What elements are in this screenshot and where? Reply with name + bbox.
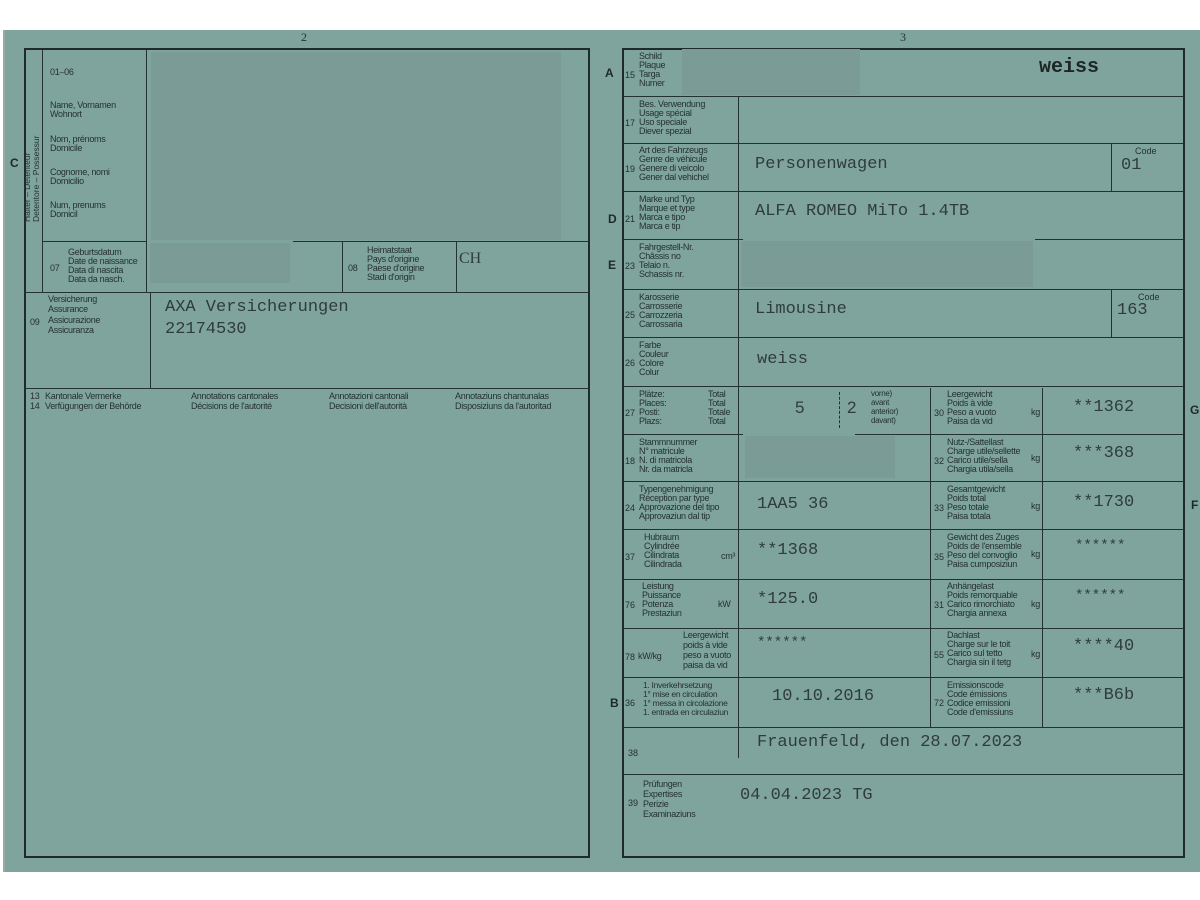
field-label: Gener dal vehichel xyxy=(639,173,709,183)
field-label: Schassis nr. xyxy=(639,270,684,280)
divider xyxy=(623,96,1184,97)
divider xyxy=(146,241,147,293)
field-label: Wohnort xyxy=(50,110,82,120)
field-number: 01–06 xyxy=(50,68,74,78)
divider xyxy=(623,579,1184,580)
side-marker-a: A xyxy=(605,66,614,80)
vehicle-type-code: 01 xyxy=(1121,156,1141,175)
side-marker-e: E xyxy=(608,258,616,272)
body-type-code: 163 xyxy=(1117,301,1148,320)
side-marker-b: B xyxy=(610,696,619,710)
divider xyxy=(855,434,1184,435)
field-number: 37 xyxy=(625,552,635,562)
side-marker-d: D xyxy=(608,212,617,226)
redacted-plate-number xyxy=(682,49,860,95)
make-model-value: ALFA ROMEO MiTo 1.4TB xyxy=(755,202,969,221)
divider xyxy=(25,292,589,293)
page-number-right: 3 xyxy=(900,30,906,45)
field-label: Decisioni dell'autorità xyxy=(329,402,407,412)
field-label: Code d'emissiuns xyxy=(947,708,1013,718)
code-label: Code xyxy=(1135,146,1157,156)
unit-label: kg xyxy=(1031,550,1040,560)
emission-code-value: ***B6b xyxy=(1073,686,1134,705)
field-number: 38 xyxy=(628,748,638,758)
field-label: Verfügungen der Behörde xyxy=(45,402,141,412)
origin-country-value: CH xyxy=(459,250,481,268)
field-label: Domicilio xyxy=(50,177,84,187)
divider xyxy=(1111,143,1112,191)
field-number: 08 xyxy=(348,264,357,274)
unit-label: kg xyxy=(1031,502,1040,512)
unit-label: kW xyxy=(718,600,730,610)
field-number: 26 xyxy=(625,358,635,368)
total-weight-value: **1730 xyxy=(1073,493,1134,512)
holder-vertical-label: Detentore – Possessur xyxy=(32,136,41,222)
field-label: Nr. da matricla xyxy=(639,465,693,475)
divider xyxy=(623,677,1184,678)
field-label: Chargia utila/sella xyxy=(947,465,1013,475)
field-label: Numer xyxy=(639,79,665,89)
power-weight-ratio-value: ****** xyxy=(757,635,807,651)
field-label: Stadi d'origin xyxy=(367,273,415,283)
field-number: 72 xyxy=(934,698,944,708)
field-number: 15 xyxy=(625,70,635,80)
insurance-name-value: AXA Versicherungen xyxy=(165,298,349,317)
color-value: weiss xyxy=(757,350,808,369)
field-number: 32 xyxy=(934,456,944,466)
divider xyxy=(623,191,1184,192)
divider xyxy=(738,96,739,758)
divider xyxy=(623,337,1184,338)
body-type-value: Limousine xyxy=(755,300,847,319)
field-number: 25 xyxy=(625,310,635,320)
field-label: Décisions de l'autorité xyxy=(191,402,272,412)
empty-weight-value: **1362 xyxy=(1073,398,1134,417)
field-number: 07 xyxy=(50,264,59,274)
divider xyxy=(25,388,589,389)
field-number: 18 xyxy=(625,456,635,466)
field-label: Prestaziun xyxy=(642,609,682,619)
field-label: Examinaziuns xyxy=(643,810,695,820)
divider xyxy=(42,49,43,293)
redacted-birthdate xyxy=(150,243,290,283)
divider xyxy=(342,241,343,293)
field-number: 24 xyxy=(625,503,635,513)
divider xyxy=(623,481,1184,482)
field-label: Paisa totala xyxy=(947,512,990,522)
document-scan: 2 C Halter – Détenteur Detentore – Posse… xyxy=(3,30,1200,872)
payload-value: ***368 xyxy=(1073,444,1134,463)
unit-label: kg xyxy=(1031,454,1040,464)
field-label: Colur xyxy=(639,368,659,378)
field-label: Cilindrada xyxy=(644,560,682,570)
field-number: 21 xyxy=(625,214,635,224)
divider xyxy=(42,241,146,242)
field-label: Chargia annexa xyxy=(947,609,1006,619)
redacted-chassis-number xyxy=(741,241,1033,287)
field-label: Domicile xyxy=(50,144,82,154)
field-label: Paisa cumposiziun xyxy=(947,560,1017,570)
field-label: Paisa da vid xyxy=(947,417,992,427)
field-number: 30 xyxy=(934,408,944,418)
displacement-value: **1368 xyxy=(757,541,818,560)
divider xyxy=(623,386,1184,387)
field-number: 27 xyxy=(625,408,635,418)
first-registration-value: 10.10.2016 xyxy=(772,687,874,706)
field-label: Diever spezial xyxy=(639,127,691,137)
field-label: Disposiziuns da l'autoritad xyxy=(455,402,551,412)
field-label: Total xyxy=(708,417,726,427)
field-number: 31 xyxy=(934,600,944,610)
seats-total-value: 5 xyxy=(795,398,804,418)
type-approval-value: 1AA5 36 xyxy=(757,495,828,514)
field-number: 17 xyxy=(625,118,635,128)
field-number: 19 xyxy=(625,164,635,174)
divider xyxy=(150,292,151,388)
redacted-holder-name xyxy=(151,52,561,240)
field-label: Domicil xyxy=(50,210,77,220)
field-number: 35 xyxy=(934,552,944,562)
divider xyxy=(1035,239,1184,240)
inspection-value: 04.04.2023 TG xyxy=(740,786,873,805)
unit-label: cm³ xyxy=(721,552,735,562)
side-marker-c: C xyxy=(10,156,19,170)
divider xyxy=(839,392,840,428)
issue-place-date-value: Frauenfeld, den 28.07.2023 xyxy=(757,733,1022,752)
field-label: Assurance xyxy=(48,305,88,315)
insurance-number-value: 22174530 xyxy=(165,320,247,339)
plate-color-value: weiss xyxy=(1039,56,1099,79)
divider xyxy=(623,727,1184,728)
side-marker-f: F xyxy=(1191,498,1198,512)
unit-label: kg xyxy=(1031,650,1040,660)
divider xyxy=(623,143,1184,144)
page-number-left: 2 xyxy=(301,30,307,45)
train-weight-value: ****** xyxy=(1075,538,1125,554)
field-number: 33 xyxy=(934,503,944,513)
divider xyxy=(1111,289,1112,337)
field-number: 55 xyxy=(934,650,944,660)
divider xyxy=(146,49,147,241)
divider xyxy=(623,628,1184,629)
divider xyxy=(623,774,1184,775)
towing-load-value: ****** xyxy=(1075,588,1125,604)
divider xyxy=(623,434,743,435)
power-value: *125.0 xyxy=(757,590,818,609)
unit-label: kg xyxy=(1031,600,1040,610)
field-label: Carrossaria xyxy=(639,320,682,330)
divider xyxy=(623,289,1184,290)
divider xyxy=(293,241,589,242)
field-label: paisa da vid xyxy=(683,661,727,671)
field-label: Plazs: xyxy=(639,417,662,427)
field-label: Assicuranza xyxy=(48,326,94,336)
divider xyxy=(456,241,457,293)
divider xyxy=(623,239,743,240)
field-number: 76 xyxy=(625,600,635,610)
field-label: Chargia sin il tetg xyxy=(947,658,1011,668)
seats-front-value: 2 xyxy=(847,398,856,418)
field-number: 36 xyxy=(625,698,635,708)
field-label: Approvaziun dal tip xyxy=(639,512,710,522)
side-marker-g: G xyxy=(1190,403,1199,417)
field-number: 14 xyxy=(30,402,39,412)
field-label: Data da nasch. xyxy=(68,275,124,285)
field-label: Marca e tip xyxy=(639,222,680,232)
vehicle-type-value: Personenwagen xyxy=(755,155,888,174)
unit-label: kg xyxy=(1031,408,1040,418)
divider xyxy=(623,529,1184,530)
field-label: 1. entrada en circulaziun xyxy=(643,708,728,718)
roof-load-value: ****40 xyxy=(1073,637,1134,656)
field-number: 09 xyxy=(30,318,39,328)
field-label: kW/kg xyxy=(638,652,662,662)
redacted-matriculation-number xyxy=(745,436,895,478)
field-label: davant) xyxy=(871,416,896,426)
field-number: 39 xyxy=(628,798,638,808)
field-number: 78 xyxy=(625,652,635,662)
field-number: 23 xyxy=(625,261,635,271)
